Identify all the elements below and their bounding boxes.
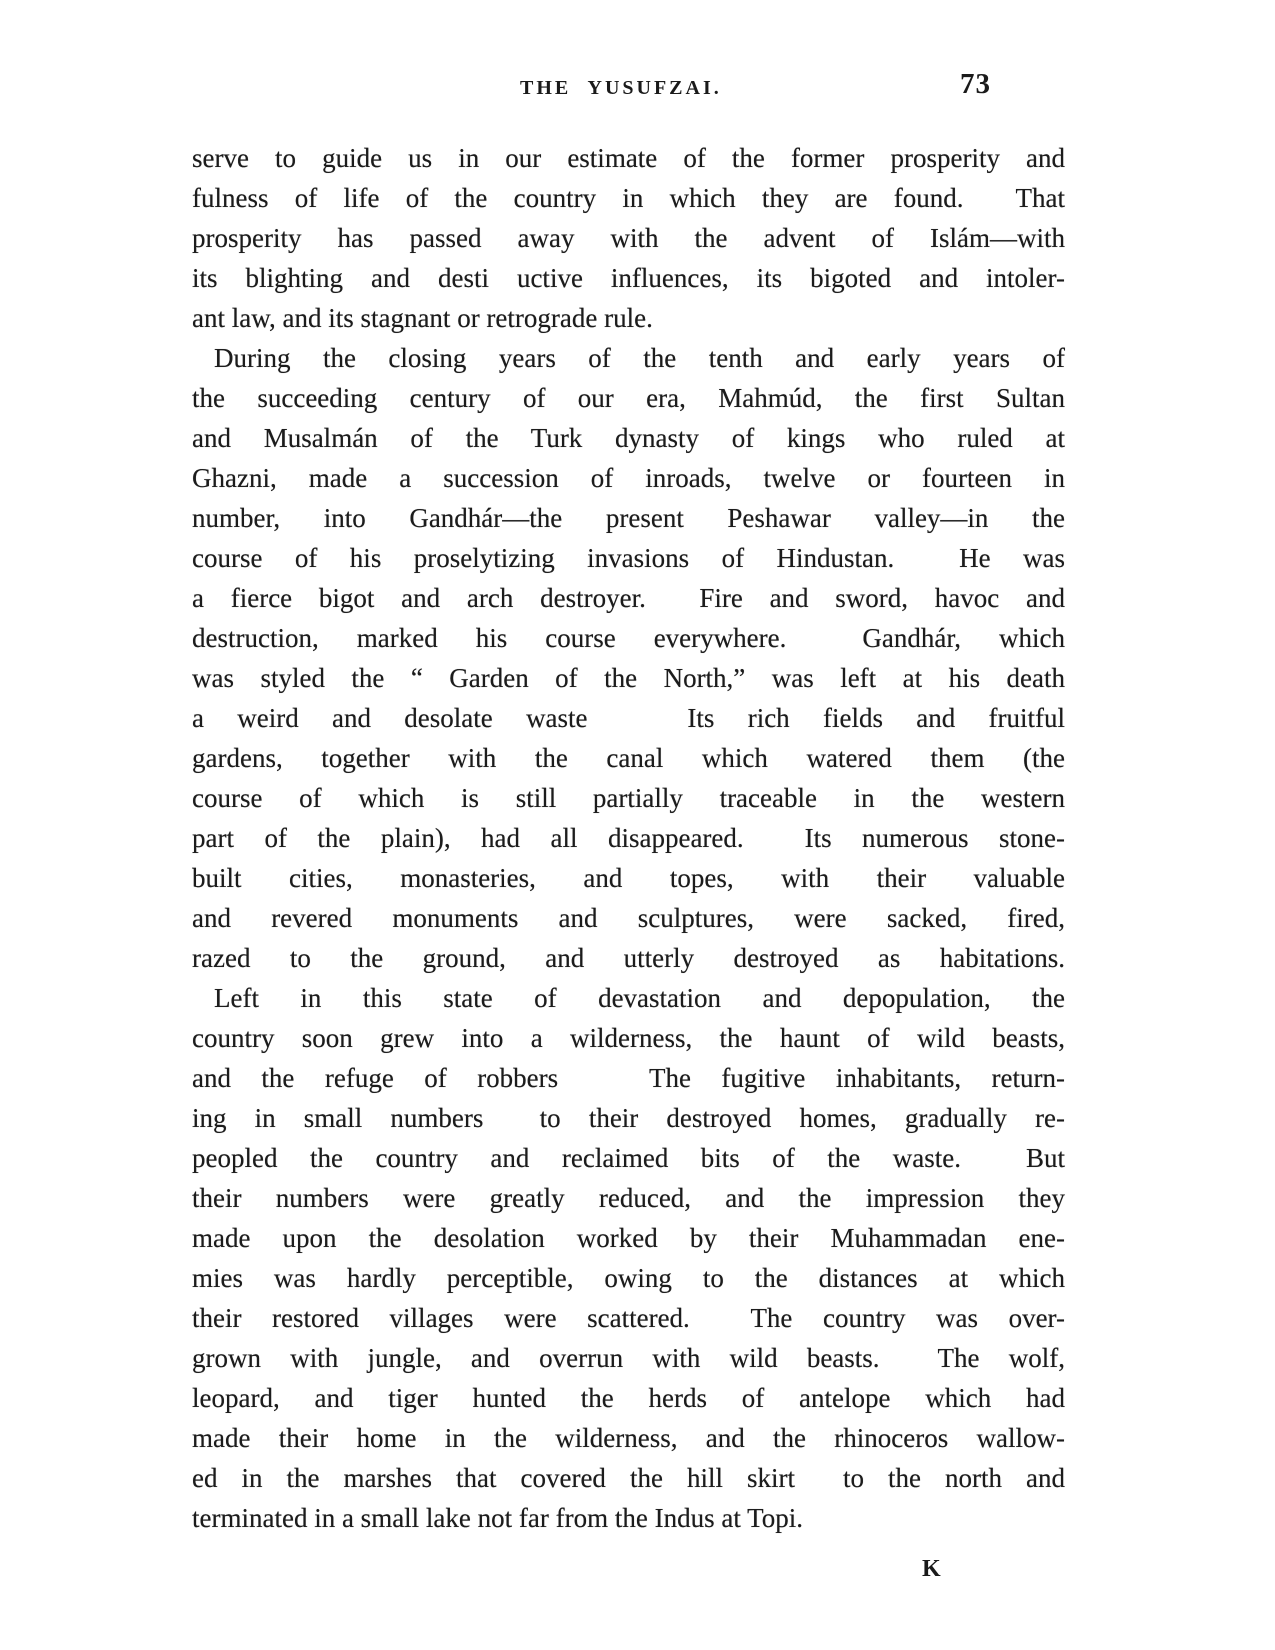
text-line: terminated in a small lake not far from … [192,1498,1065,1538]
text-line: ant law, and its stagnant or retrograde … [192,298,1065,338]
text-line: number, into Gandhár—the present Peshawa… [192,498,1065,538]
text-line: and revered monuments and sculptures, we… [192,898,1065,938]
text-line: destruction, marked his course everywher… [192,618,1065,658]
text-line: ing in small numbers to their destroyed … [192,1098,1065,1138]
text-line: the succeeding century of our era, Mahmú… [192,378,1065,418]
page-number: 73 [960,68,991,101]
text-line: their numbers were greatly reduced, and … [192,1178,1065,1218]
text-line: made upon the desolation worked by their… [192,1218,1065,1258]
text-line: ed in the marshes that covered the hill … [192,1458,1065,1498]
text-line: their restored villages were scattered. … [192,1298,1065,1338]
text-line: leopard, and tiger hunted the herds of a… [192,1378,1065,1418]
text-line: was styled the “ Garden of the North,” w… [192,658,1065,698]
body-text: serve to guide us in our estimate of the… [192,138,1065,1538]
text-line: made their home in the wilderness, and t… [192,1418,1065,1458]
text-line: prosperity has passed away with the adve… [192,218,1065,258]
text-line: country soon grew into a wilderness, the… [192,1018,1065,1058]
text-line: built cities, monasteries, and topes, wi… [192,858,1065,898]
text-line: course of his proselytizing invasions of… [192,538,1065,578]
text-line: a weird and desolate waste Its rich fiel… [192,698,1065,738]
text-line: During the closing years of the tenth an… [192,338,1065,378]
text-line: serve to guide us in our estimate of the… [192,138,1065,178]
text-line: fulness of life of the country in which … [192,178,1065,218]
text-line: its blighting and desti uctive influence… [192,258,1065,298]
text-line: Left in this state of devastation and de… [192,978,1065,1018]
running-header: THE YUSUFZAI. [520,77,722,100]
text-line: course of which is still partially trace… [192,778,1065,818]
text-line: grown with jungle, and overrun with wild… [192,1338,1065,1378]
text-line: razed to the ground, and utterly destroy… [192,938,1065,978]
text-line: and the refuge of robbers The fugitive i… [192,1058,1065,1098]
text-line: mies was hardly perceptible, owing to th… [192,1258,1065,1298]
page-title: THE YUSUFZAI. [520,77,722,99]
signature-mark: K [922,1556,941,1583]
text-line: peopled the country and reclaimed bits o… [192,1138,1065,1178]
text-line: Ghazni, made a succession of inroads, tw… [192,458,1065,498]
text-line: part of the plain), had all disappeared.… [192,818,1065,858]
text-line: a fierce bigot and arch destroyer. Fire … [192,578,1065,618]
text-line: gardens, together with the canal which w… [192,738,1065,778]
text-line: and Musalmán of the Turk dynasty of king… [192,418,1065,458]
scanned-book-page: THE YUSUFZAI. 73 serve to guide us in ou… [0,0,1275,1650]
